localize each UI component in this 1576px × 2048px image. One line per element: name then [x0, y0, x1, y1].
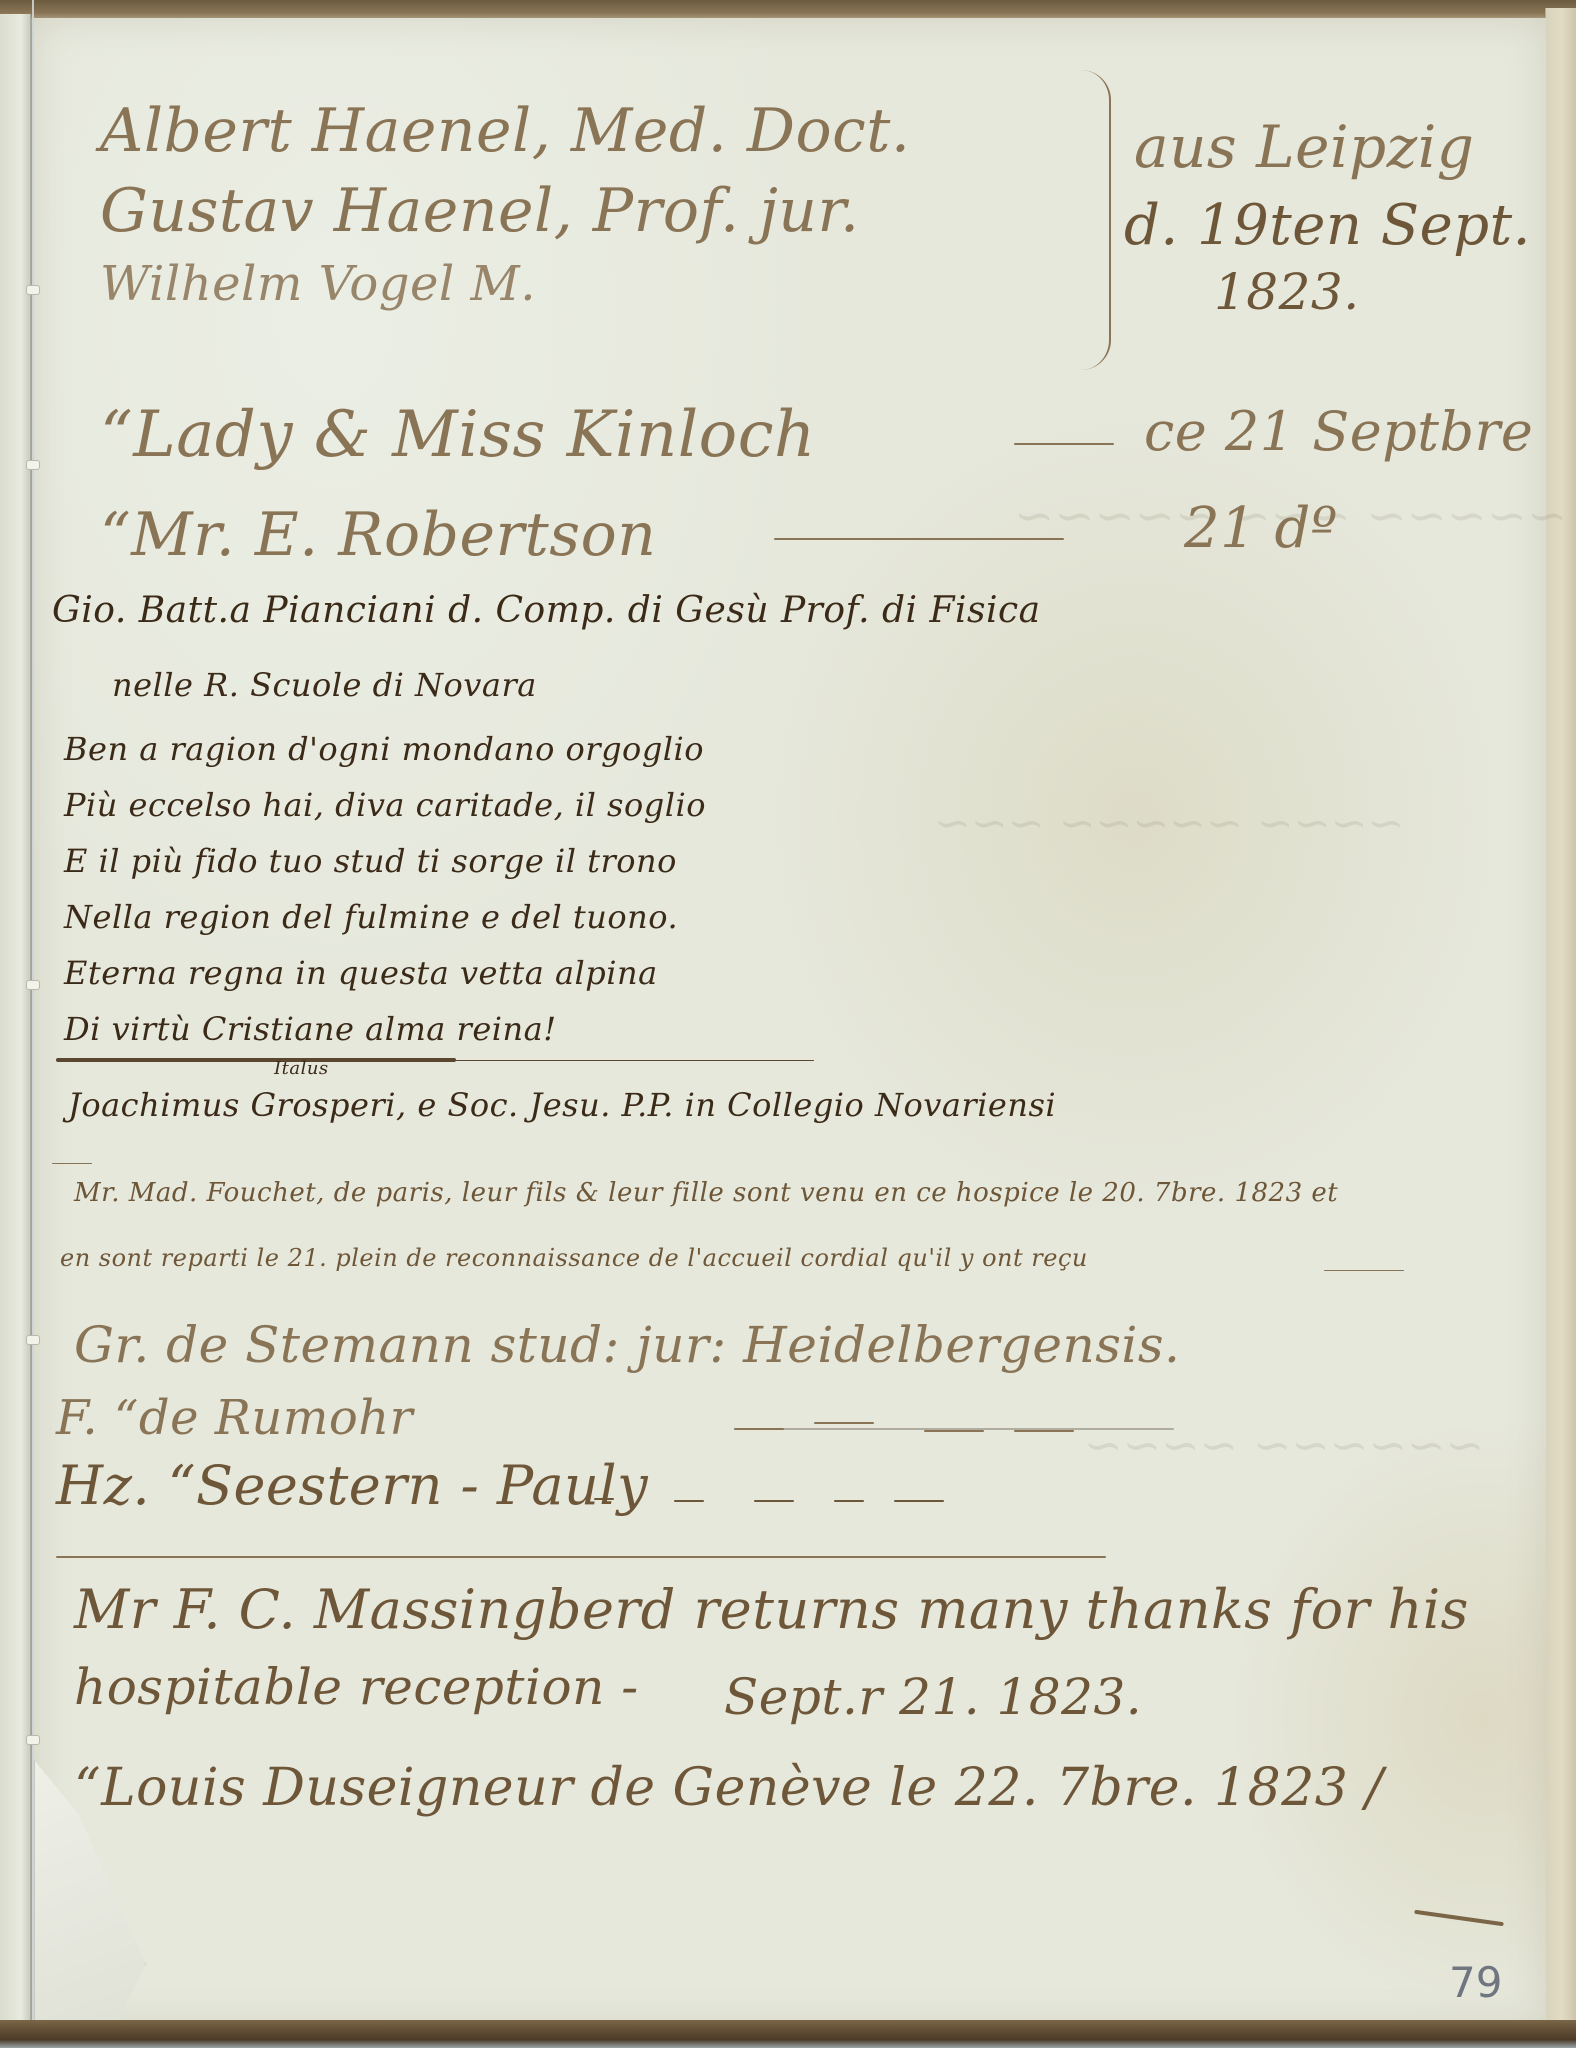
entry-haenel-line1: Albert Haenel, Med. Doct. [100, 96, 910, 166]
section-rule [56, 1556, 1106, 1558]
book-bottom-edge [0, 2020, 1576, 2048]
dash-rule [774, 538, 1064, 540]
entry-massingberd-date: Sept.r 21. 1823. [724, 1668, 1142, 1726]
poem-line: Di virtù Cristiane alma reina! [64, 1010, 557, 1048]
entry-rumohr-line: F. “de Rumohr [56, 1390, 413, 1446]
page-stack-edge [1545, 8, 1576, 2038]
dash-rule [924, 1430, 984, 1432]
entry-fouchet-line2: en sont reparti le 21. plein de reconnai… [60, 1244, 1088, 1272]
grouping-brace [1069, 70, 1111, 370]
poem-line: Nella region del fulmine e del tuono. [64, 898, 678, 936]
entry-pianciani-line2: nelle R. Scuole di Novara [112, 666, 537, 704]
ink-stroke [1414, 1910, 1504, 1926]
entry-massingberd-line1: Mr F. C. Massingberd returns many thanks… [74, 1578, 1469, 1641]
dash-rule [734, 1428, 784, 1430]
underline-rule [56, 1058, 456, 1062]
dash-rule [1324, 1270, 1404, 1271]
entry-kinloch-date: ce 21 Septbre [1144, 400, 1533, 463]
dash-rule [894, 1500, 944, 1502]
entry-pianciani-line1: Gio. Batt.a Pianciani d. Comp. di Gesù P… [52, 590, 1041, 631]
entry-haenel-year: 1823. [1214, 263, 1360, 321]
entry-robertson-date: 21 dº [1184, 496, 1338, 561]
binding-stitch [26, 1735, 40, 1745]
entry-stemann-line: Gr. de Stemann stud: jur: Heidelbergensi… [74, 1316, 1180, 1374]
bleed-through-text: ~~~~~~ ~~~~ [1084, 1418, 1484, 1472]
entry-massingberd-line2: hospitable reception - [74, 1658, 639, 1716]
entry-haenel-line2: Gustav Haenel, Prof. jur. [100, 176, 860, 246]
entry-grosperi-line: Joachimus Grosperi, e Soc. Jesu. P.P. in… [68, 1086, 1056, 1124]
bleed-through-text: ~~~~ ~~~~~ ~~~ [934, 798, 1404, 849]
binding-stitch [26, 1335, 40, 1345]
dash-rule [594, 1498, 614, 1500]
entry-duseigneur-line: “Louis Duseigneur de Genève le 22. 7bre.… [74, 1758, 1383, 1818]
dash-rule [754, 1500, 794, 1502]
entry-haenel-origin: aus Leipzig [1134, 113, 1474, 181]
entry-haenel-line3: Wilhelm Vogel M. [100, 256, 536, 312]
poem-line: Ben a ragion d'ogni mondano orgoglio [64, 730, 704, 768]
entry-fouchet-line1: Mr. Mad. Fouchet, de paris, leur fils & … [74, 1178, 1338, 1208]
poem-line: Eterna regna in questa vetta alpina [64, 954, 658, 992]
entry-robertson-name: “Mr. E. Robertson [100, 500, 656, 570]
dash-rule [814, 1422, 874, 1424]
binding-stitch [26, 460, 40, 470]
dash-rule [1014, 443, 1114, 445]
dash-rule [834, 1500, 864, 1502]
manuscript-page: ~~~~~ ~~~ ~~~~~ ~~~~ ~~~~~ ~~~ ~~~~~~ ~~… [34, 18, 1546, 2028]
dash-rule [52, 1163, 92, 1164]
poem-line: Più eccelso hai, diva caritade, il sogli… [64, 786, 706, 824]
entry-grosperi-insertion: Italus [274, 1058, 329, 1079]
dash-rule [1014, 1430, 1074, 1432]
binding-stitch [26, 285, 40, 295]
entry-seestern-line: Hz. “Seestern - Pauly [56, 1454, 648, 1517]
dash-rule [674, 1500, 704, 1502]
poem-line: E il più fido tuo stud ti sorge il trono [64, 842, 677, 880]
binding-stitch [26, 980, 40, 990]
entry-haenel-date: d. 19ten Sept. [1124, 193, 1531, 258]
entry-kinloch-name: “Lady & Miss Kinloch [100, 398, 816, 472]
page-number: 79 [1449, 1958, 1502, 2007]
binding-gutter [0, 14, 31, 2034]
underline-rule [454, 1060, 814, 1061]
